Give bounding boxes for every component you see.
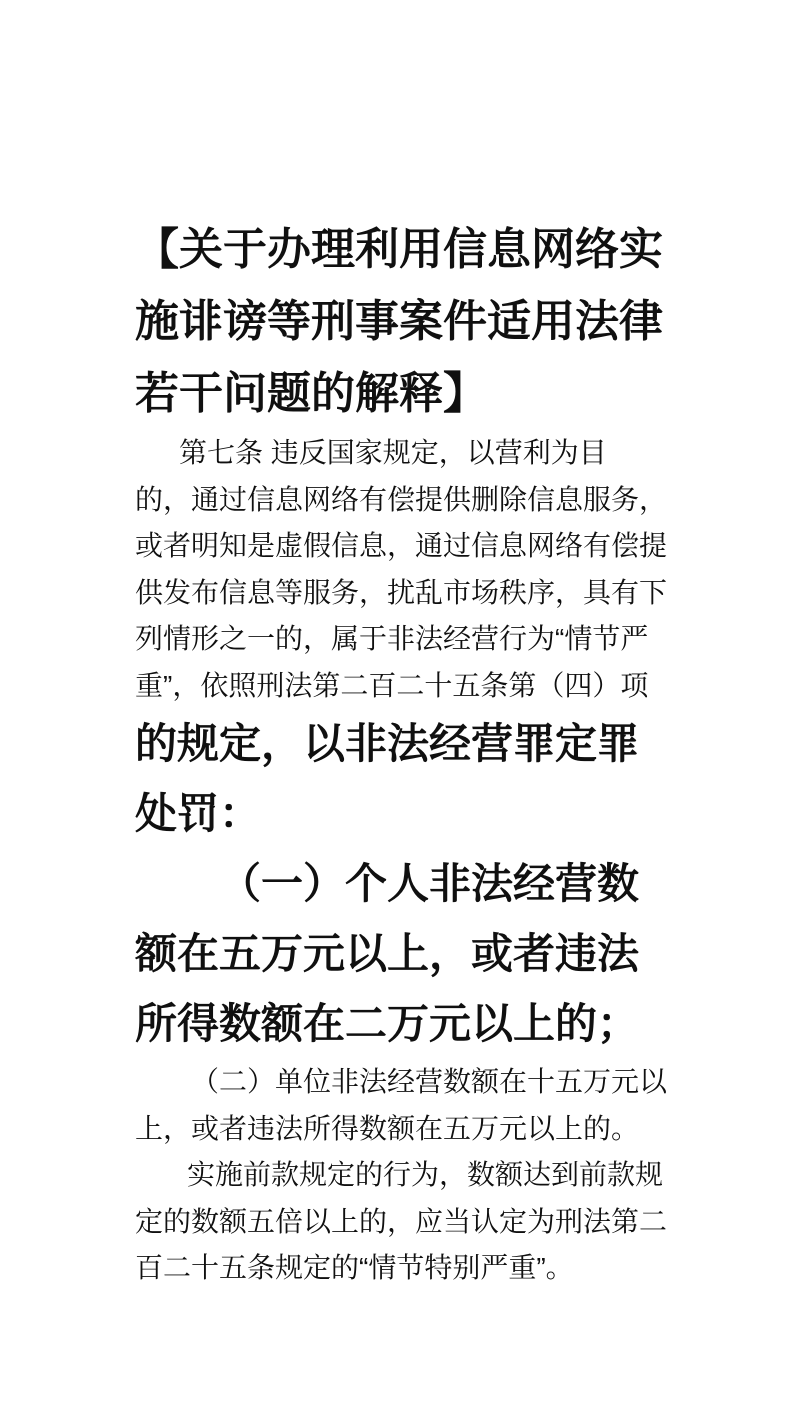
title-block: 【关于办理利用信息网络实施诽谤等刑事案件适用法律若干问题的解释】 xyxy=(135,214,672,430)
body-line: 重”，依照刑法第二百二十五条第（四）项 xyxy=(135,663,672,710)
body-line: 的，通过信息网络有偿提供删除信息服务， xyxy=(135,477,672,524)
body-line: 第七条 违反国家规定，以营利为目 xyxy=(135,430,672,477)
body-line: 或者明知是虚假信息，通过信息网络有偿提 xyxy=(135,523,672,570)
body-block: 第七条 违反国家规定，以营利为目的，通过信息网络有偿提供删除信息服务，或者明知是… xyxy=(135,430,672,709)
title-line: 【关于办理利用信息网络实 xyxy=(135,214,672,286)
body-line: 上，或者违法所得数额在五万元以上的。 xyxy=(135,1106,672,1153)
title-line: 施诽谤等刑事案件适用法律 xyxy=(135,286,672,358)
body-line: 百二十五条规定的“情节特别严重”。 xyxy=(135,1245,672,1292)
body-line: 供发布信息等服务，扰乱市场秩序，具有下 xyxy=(135,570,672,617)
emphasis-line: 处罚： xyxy=(135,779,672,849)
title-line: 若干问题的解释】 xyxy=(135,358,672,430)
document-content: 【关于办理利用信息网络实施诽谤等刑事案件适用法律若干问题的解释】第七条 违反国家… xyxy=(0,0,800,1292)
body-line: 列情形之一的，属于非法经营行为“情节严 xyxy=(135,616,672,663)
emphasis-line: 所得数额在二万元以上的； xyxy=(135,989,672,1059)
emphasis-line: 的规定，以非法经营罪定罪 xyxy=(135,709,672,779)
emphasis-line: 额在五万元以上，或者违法 xyxy=(135,919,672,989)
body-line: （二）单位非法经营数额在十五万元以 xyxy=(135,1059,672,1106)
body-block: （二）单位非法经营数额在十五万元以上，或者违法所得数额在五万元以上的。实施前款规… xyxy=(135,1059,672,1292)
emphasis-block: 的规定，以非法经营罪定罪处罚：（一）个人非法经营数额在五万元以上，或者违法所得数… xyxy=(135,709,672,1059)
body-line: 定的数额五倍以上的，应当认定为刑法第二 xyxy=(135,1199,672,1246)
emphasis-line: （一）个人非法经营数 xyxy=(135,849,672,919)
document-page: 【关于办理利用信息网络实施诽谤等刑事案件适用法律若干问题的解释】第七条 违反国家… xyxy=(0,0,800,1422)
body-line: 实施前款规定的行为，数额达到前款规 xyxy=(135,1152,672,1199)
